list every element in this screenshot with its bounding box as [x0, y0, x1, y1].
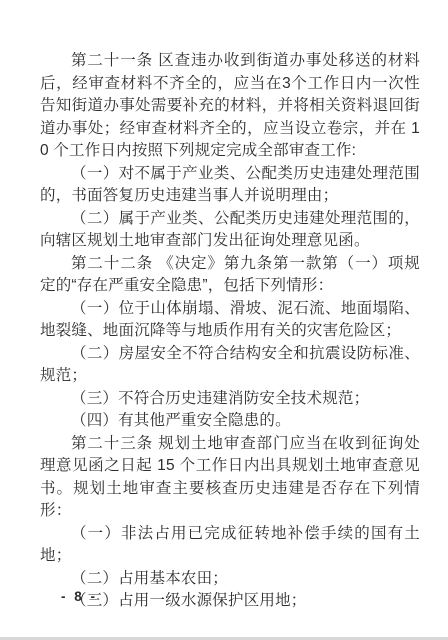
document-body: 第二十一条 区查违办收到街道办事处移送的材料后，经审查材料不齐全的，应当在3个工…: [40, 50, 420, 613]
para-a23-item-1: （一）非法占用已完成征转地补偿手续的国有土地；: [40, 523, 420, 568]
para-a22-item-2: （二）房屋安全不符合结构安全和抗震设防标准、规范；: [40, 343, 420, 388]
page-number: - 8 -: [61, 589, 98, 604]
para-a22-item-1: （一）位于山体崩塌、滑坡、泥石流、地面塌陷、地裂缝、地面沉降等与地质作用有关的灾…: [40, 298, 420, 343]
para-a21-item-1: （一）对不属于产业类、公配类历史违建处理范围的，书面答复历史违建当事人并说明理由…: [40, 163, 420, 208]
para-article-21: 第二十一条 区查违办收到街道办事处移送的材料后，经审查材料不齐全的，应当在3个工…: [40, 50, 420, 163]
para-a22-item-3: （三）不符合历史违建消防安全技术规范；: [40, 388, 420, 411]
para-a22-item-4: （四）有其他严重安全隐患的。: [40, 410, 420, 433]
document-page: 第二十一条 区查违办收到街道办事处移送的材料后，经审查材料不齐全的，应当在3个工…: [0, 0, 448, 640]
para-article-23: 第二十三条 规划土地审查部门应当在收到征询处理意见函之日起 15 个工作日内出具…: [40, 433, 420, 523]
para-a21-item-2: （二）属于产业类、公配类历史违建处理范围的，向辖区规划土地审查部门发出征询处理意…: [40, 208, 420, 253]
para-a23-item-2: （二）占用基本农田；: [40, 568, 420, 591]
para-article-22: 第二十二条 《决定》第九条第一款第（一）项规定的“存在严重安全隐患”，包括下列情…: [40, 253, 420, 298]
